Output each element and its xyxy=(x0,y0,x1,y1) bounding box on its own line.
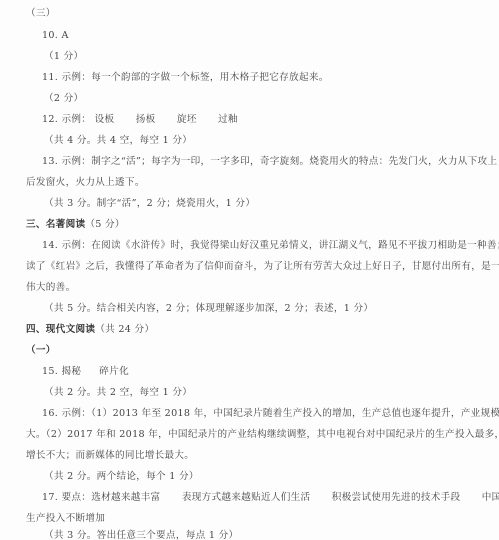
q12-answer: 12. 示例： 设板 扬板 旋坯 过釉 xyxy=(42,114,238,126)
q12-prefix: 12. 示例： xyxy=(42,114,91,125)
section-heading-3: （三） xyxy=(26,8,56,20)
q13-score: （共 3 分。制字“活”，2 分；烧瓷用火，1 分） xyxy=(44,198,255,210)
q16-answer-line-2: 大。（2）2017 年和 2018 年，中国纪录片的产业结构继续调整，其中电视台… xyxy=(26,429,499,441)
q15-answer: 15. 揭秘碎片化 xyxy=(42,366,129,378)
q17-answer-line-1: 17. 要点：选材越来越丰富 表现方式越来越贴近人们生活 积极尝试使用先进的技术… xyxy=(42,492,499,504)
section-heading-xiandai: 四、现代文阅读（共 24 分） xyxy=(26,324,154,336)
q17-point-1: 17. 要点：选材越来越丰富 xyxy=(42,492,160,503)
section-score: （共 24 分） xyxy=(95,324,154,335)
q14-answer-line-3: 伟大的善。 xyxy=(26,282,75,294)
q13-answer-line-1: 13. 示例：制字之“活”；每字为一印，一字多印，奇字旋刻。烧瓷用火的特点：先发… xyxy=(42,156,499,168)
q12-blank-1: 设板 xyxy=(95,114,115,125)
q15-blank-1: 15. 揭秘 xyxy=(42,366,81,377)
q14-answer-line-1: 14. 示例：在阅读《水浒传》时，我觉得梁山好汉重兄弟情义，讲江湖义气，路见不平… xyxy=(42,240,499,252)
q13-answer-line-2: 后发窗火，火力从上透下。 xyxy=(26,177,145,189)
section-title: 四、现代文阅读 xyxy=(26,324,95,335)
q11-score: （2 分） xyxy=(44,93,83,105)
q16-score: （共 2 分。两个结论，每个 1 分） xyxy=(44,471,199,483)
q16-answer-line-3: 增长不大；而新媒体的同比增长最大。 xyxy=(26,450,194,462)
q12-blank-2: 扬板 xyxy=(136,114,156,125)
q12-score: （共 4 分。共 4 空，每空 1 分） xyxy=(44,135,192,147)
q12-blank-3: 旋坯 xyxy=(177,114,197,125)
q10-answer: 10. A xyxy=(42,30,69,42)
q15-score: （共 2 分。共 2 空，每空 1 分） xyxy=(44,387,192,399)
section-score: （5 分） xyxy=(85,219,124,230)
section-heading-mingzhu: 三、名著阅读（5 分） xyxy=(26,219,125,231)
q17-answer-line-2: 生产投入不断增加 xyxy=(26,513,105,525)
q11-answer: 11. 示例：每一个韵部的字做一个标签，用木格子把它存放起来。 xyxy=(42,72,329,84)
answer-key-page: （三） 10. A （1 分） 11. 示例：每一个韵部的字做一个标签，用木格子… xyxy=(0,0,499,540)
q15-blank-2: 碎片化 xyxy=(99,366,129,377)
q14-score: （共 5 分。结合相关内容，2 分；体现理解逐步加深，2 分；表述，1 分） xyxy=(44,303,373,315)
q17-point-4: 中国纪录片的 xyxy=(482,492,499,503)
q10-score: （1 分） xyxy=(44,51,83,63)
q14-answer-line-2: 读了《红岩》之后，我懂得了革命者为了信仰而奋斗，为了让所有劳苦大众过上好日子，甘… xyxy=(26,261,499,273)
q17-point-3: 积极尝试使用先进的技术手段 xyxy=(332,492,461,503)
q12-blank-4: 过釉 xyxy=(218,114,238,125)
q17-score: （共 3 分。答出任意三个要点，每点 1 分） xyxy=(44,530,238,540)
q17-point-2: 表现方式越来越贴近人们生活 xyxy=(182,492,311,503)
section-title: 三、名著阅读 xyxy=(26,219,85,230)
q16-answer-line-1: 16. 示例：（1）2013 年至 2018 年，中国纪录片随着生产投入的增加，… xyxy=(42,408,499,420)
subsection-heading-1: （一） xyxy=(26,345,56,357)
